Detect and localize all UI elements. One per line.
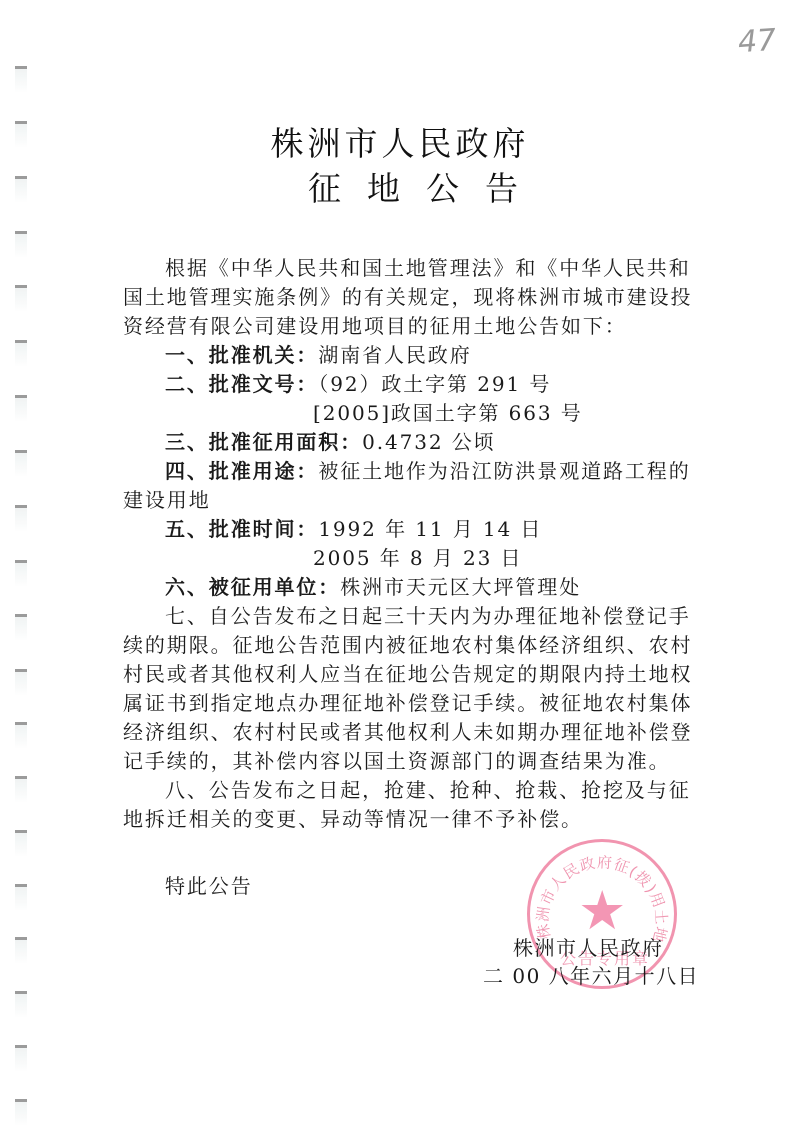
binding-mark — [15, 722, 27, 749]
clause-7-line: 续的期限。征地公告范围内被征地农村集体经济组织、农村 — [123, 631, 692, 660]
clause-8-line: 地拆迁相关的变更、异动等情况一律不予补偿。 — [123, 805, 583, 834]
clause-7-line: 七、自公告发布之日起三十天内为办理征地补偿登记手 — [165, 602, 691, 631]
document-title-issuer: 株洲市人民政府 — [0, 118, 800, 165]
document-title: 征地公告 — [0, 163, 800, 210]
item-approval-date-2: 2005 年 8 月 23 日 — [313, 544, 522, 573]
clause-8-line: 八、公告发布之日起，抢建、抢种、抢栽、抢挖及与征 — [165, 776, 691, 805]
binding-mark — [15, 1045, 27, 1072]
binding-mark — [15, 340, 27, 367]
binding-mark — [15, 614, 27, 641]
item-approval-document-number: 二、批准文号：（92）政土字第 291 号 — [165, 370, 551, 399]
item-label: 四、批准用途： — [165, 459, 318, 483]
binding-mark — [15, 285, 27, 312]
binding-mark — [15, 884, 27, 911]
binding-mark — [15, 395, 27, 422]
binding-mark — [15, 830, 27, 857]
item-approved-purpose-continuation: 建设用地 — [123, 486, 211, 515]
item-value: 株洲市天元区大坪管理处 — [340, 575, 581, 599]
binding-mark — [15, 450, 27, 477]
binding-mark — [15, 1099, 27, 1126]
binding-mark — [15, 505, 27, 532]
intro-line-2: 国土地管理实施条例》的有关规定，现将株洲市城市建设投 — [123, 283, 692, 312]
closing-remark: 特此公告 — [165, 872, 253, 901]
item-expropriated-unit: 六、被征用单位：株洲市天元区大坪管理处 — [165, 573, 581, 602]
item-label: 一、批准机关： — [165, 343, 318, 367]
item-approval-authority: 一、批准机关：湖南省人民政府 — [165, 341, 472, 370]
binding-mark — [15, 776, 27, 803]
item-approved-purpose: 四、批准用途：被征土地作为沿江防洪景观道路工程的 — [165, 457, 691, 486]
intro-line-1: 根据《中华人民共和国土地管理法》和《中华人民共和 — [165, 254, 691, 283]
seal-star-icon: ★ — [578, 884, 626, 938]
item-value: （92）政土字第 291 号 — [318, 372, 551, 396]
document-page: 47 株洲市人民政府 征地公告 根据《中华人民共和国土地管理法》和《中华人民共和… — [0, 0, 800, 1137]
intro-line-3: 资经营有限公司建设用地项目的征用土地公告如下： — [123, 312, 627, 341]
item-approval-date: 五、批准时间：1992 年 11 月 14 日 — [165, 515, 542, 544]
binding-mark — [15, 991, 27, 1018]
clause-7-line: 属证书到指定地点办理征地补偿登记手续。被征地农村集体 — [123, 689, 692, 718]
issue-date: 二 00 八年六月十八日 — [483, 962, 699, 991]
item-label: 二、批准文号： — [165, 372, 318, 396]
handwritten-page-number: 47 — [737, 23, 778, 61]
item-label: 五、批准时间： — [165, 517, 318, 541]
clause-7-line: 记手续的，其补偿内容以国土资源部门的调查结果为准。 — [123, 747, 671, 776]
binding-mark — [15, 66, 27, 93]
binding-mark — [15, 560, 27, 587]
item-value: 被征土地作为沿江防洪景观道路工程的 — [318, 459, 690, 483]
item-label: 六、被征用单位： — [165, 575, 340, 599]
clause-7-line: 经济组织、农村村民或者其他权利人未如期办理征地补偿登 — [123, 718, 692, 747]
binding-mark — [15, 231, 27, 258]
binding-mark — [15, 937, 27, 964]
item-approval-document-number-2: [2005]政国土字第 663 号 — [313, 399, 583, 428]
item-value: 湖南省人民政府 — [318, 343, 471, 367]
item-value: 0.4732 公顷 — [362, 430, 495, 454]
item-label: 三、批准征用面积： — [165, 430, 362, 454]
clause-7-line: 村民或者其他权利人应当在征地公告规定的期限内持土地权 — [123, 660, 692, 689]
issuer-signature: 株洲市人民政府 — [513, 934, 664, 963]
item-value: 1992 年 11 月 14 日 — [318, 517, 542, 541]
item-approved-area: 三、批准征用面积：0.4732 公顷 — [165, 428, 496, 457]
binding-mark — [15, 669, 27, 696]
